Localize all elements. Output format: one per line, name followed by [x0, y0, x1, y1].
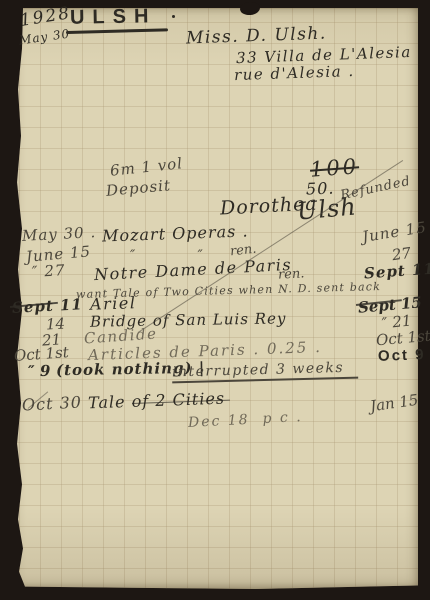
entry-title: Ariel [90, 295, 137, 313]
entry-due-date: Sept 11 [364, 262, 430, 282]
surname-header: ULSH [70, 6, 157, 28]
deposit-amount-crossed: 100 [309, 156, 359, 180]
surname-period-dot [172, 15, 175, 18]
entry-date: ″ 9 [28, 364, 51, 379]
entry-date: May 30 . [22, 225, 97, 244]
address-line-2: rue d'Alesia . [234, 64, 355, 83]
member-name: Miss. D. Ulsh. [186, 26, 327, 48]
entry-due-date: Oct 9 [378, 347, 426, 364]
entry-renewed-label: ren. [278, 267, 305, 281]
entry-date: ″ 27 [32, 263, 66, 280]
scan-background: { "card": { "year": "1928", "start_date"… [0, 0, 430, 600]
